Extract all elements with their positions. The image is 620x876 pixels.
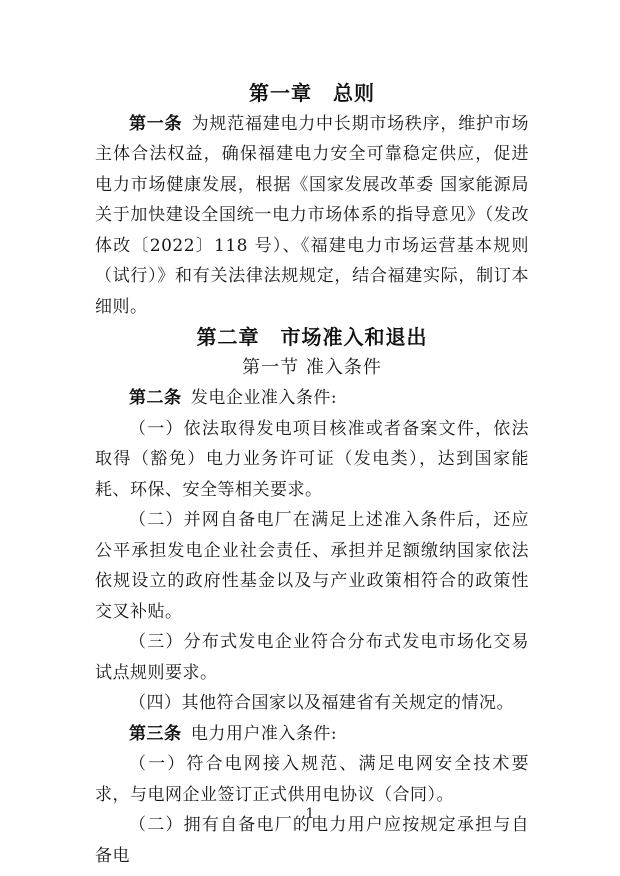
- article-2-item-2: （二）并网自备电厂在满足上述准入条件后，还应公平承担发电企业社会责任、承担并足额…: [95, 505, 529, 627]
- article-3: 第三条电力用户准入条件:: [95, 719, 529, 750]
- page-content: 第一章 总则 第一条为规范福建电力中长期市场秩序，维护市场主体合法权益，确保福建…: [95, 78, 529, 871]
- article-1: 第一条为规范福建电力中长期市场秩序，维护市场主体合法权益，确保福建电力安全可靠稳…: [95, 109, 529, 323]
- article-2-item-1: （一）依法取得发电项目核准或者备案文件，依法取得（豁免）电力业务许可证（发电类）…: [95, 414, 529, 506]
- article-3-text: 电力用户准入条件:: [191, 724, 337, 744]
- article-2-text: 发电企业准入条件:: [191, 388, 337, 408]
- article-1-text: 为规范福建电力中长期市场秩序，维护市场主体合法权益，确保福建电力安全可靠稳定供应…: [95, 114, 529, 317]
- page-number: 1: [0, 804, 620, 824]
- chapter-2-heading: 第二章 市场准入和退出: [95, 322, 529, 353]
- article-2-number: 第二条: [129, 388, 182, 408]
- chapter-1-heading: 第一章 总则: [95, 78, 529, 109]
- article-2-item-4: （四）其他符合国家以及福建省有关规定的情况。: [95, 688, 529, 719]
- document-page: 第一章 总则 第一条为规范福建电力中长期市场秩序，维护市场主体合法权益，确保福建…: [0, 0, 620, 876]
- section-1-heading: 第一节 准入条件: [95, 353, 529, 384]
- article-2: 第二条发电企业准入条件:: [95, 383, 529, 414]
- article-1-number: 第一条: [129, 114, 182, 134]
- article-2-item-3: （三）分布式发电企业符合分布式发电市场化交易试点规则要求。: [95, 627, 529, 688]
- article-3-number: 第三条: [129, 724, 182, 744]
- article-3-item-1: （一）符合电网接入规范、满足电网安全技术要求，与电网企业签订正式供用电协议（合同…: [95, 749, 529, 810]
